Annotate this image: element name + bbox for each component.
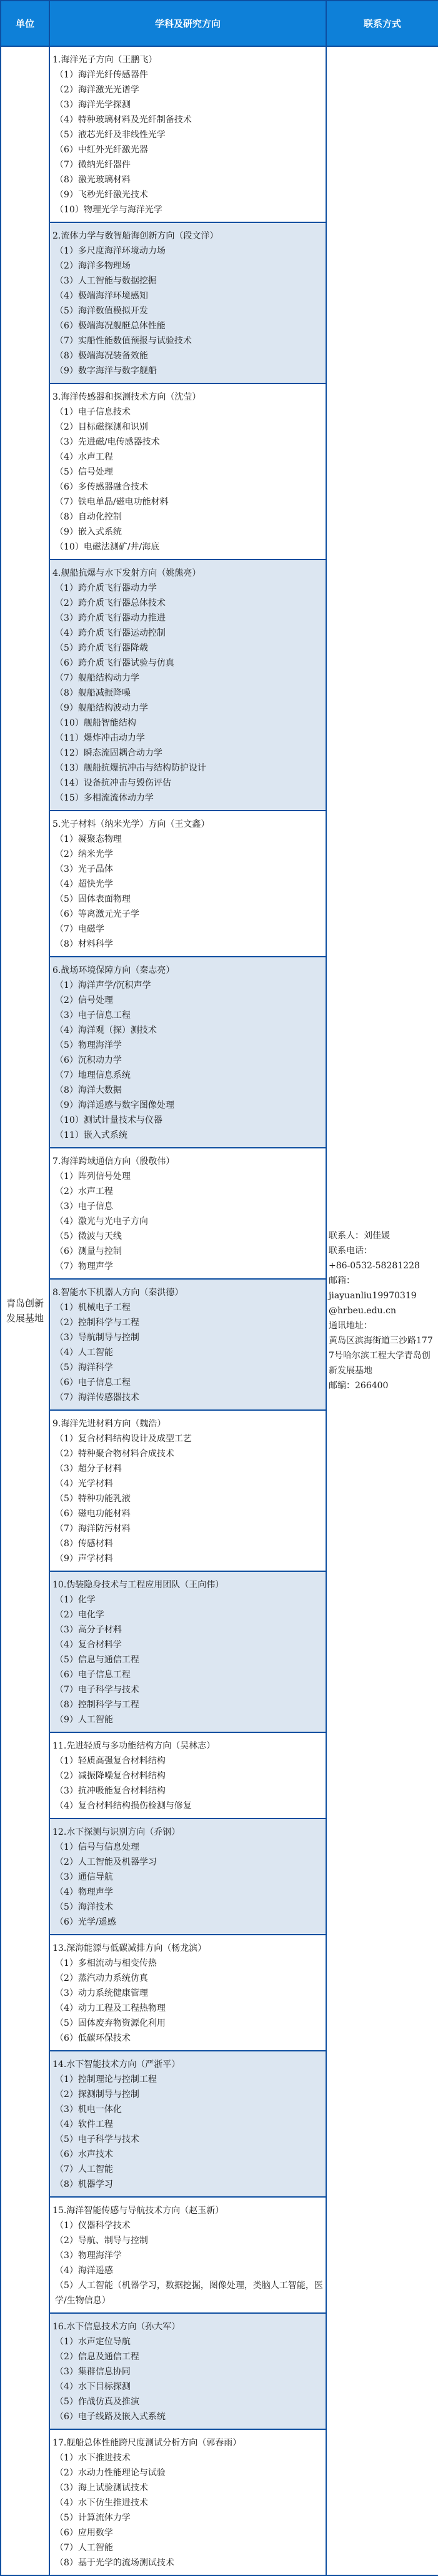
direction-item: （4）跨介质飞行器运动控制 (52, 626, 323, 641)
direction-item: （3）高分子材料 (52, 1622, 323, 1637)
contact-postcode: 邮编：266400 (329, 1378, 436, 1393)
direction-cell: 1.海洋光子方向（王鹏飞）（1）海洋光纤传感器件（2）海洋激光光谱学（3）海洋光… (49, 46, 326, 222)
table-body: 青岛创新发展基地 1.海洋光子方向（王鹏飞）（1）海洋光纤传感器件（2）海洋激光… (1, 46, 438, 2575)
direction-item: （7）人工智能 (52, 2540, 323, 2555)
direction-item: （4）极端海洋环境感知 (52, 289, 323, 303)
direction-item: （1）复合材料结构设计及成型工艺 (52, 1431, 323, 1446)
direction-item: （7）物理声学 (52, 1259, 323, 1274)
direction-item: （6）电子线路及嵌入式系统 (52, 2409, 323, 2424)
contact-email-label: 邮箱： (329, 1273, 436, 1288)
direction-cell: 14.水下智能技术方向（严浙平）（1）控制理论与控制工程（2）探测制导与控制（3… (49, 2051, 326, 2197)
direction-item: （1）跨介质飞行器动力学 (52, 581, 323, 596)
direction-item: （3）海上试验测试技术 (52, 2480, 323, 2495)
direction-cell: 17.舰船总体性能跨尺度测试分析方向（郭春雨）（1）水下推进技术（2）水动力性能… (49, 2429, 326, 2575)
direction-item: （7）电子科学与技术 (52, 1682, 323, 1697)
direction-item: （6）电子信息工程 (52, 1667, 323, 1682)
contact-person: 联系人：刘佳媛 (329, 1228, 436, 1243)
direction-item: （2）蒸汽动力系统仿真 (52, 1971, 323, 1986)
direction-title: 7.海洋跨域通信方向（殷敬伟） (52, 1154, 323, 1169)
direction-item: （6）测量与控制 (52, 1244, 323, 1259)
direction-item: （3）海洋光学探测 (52, 97, 323, 112)
direction-item: （5）信号处理 (52, 465, 323, 480)
direction-item: （7）地理信息系统 (52, 1068, 323, 1083)
direction-item: （5）电子科学与技术 (52, 2132, 323, 2147)
direction-item: （3）动力系统健康管理 (52, 1986, 323, 2001)
direction-title: 10.伪装隐身技术与工程应用团队（王向伟） (52, 1577, 323, 1592)
direction-item: （1）信号与信息处理 (52, 1840, 323, 1855)
direction-item: （6）中红外光纤激光器 (52, 142, 323, 157)
direction-title: 8.智能水下机器人方向（秦洪德） (52, 1285, 323, 1300)
direction-item: （2）跨介质飞行器总体技术 (52, 596, 323, 611)
direction-item: （6）沉积动力学 (52, 1053, 323, 1068)
direction-title: 13.深海能源与低碳减排方向（杨龙滨） (52, 1941, 323, 1956)
direction-item: （4）复合材料学 (52, 1637, 323, 1652)
direction-item: （8）极端海况装备效能 (52, 348, 323, 363)
direction-item: （3）跨介质飞行器动力推进 (52, 611, 323, 626)
direction-item: （7）铁电单晶/磁电功能材料 (52, 495, 323, 510)
direction-item: （6）多传感器融合技术 (52, 480, 323, 495)
direction-item: （4）物理声学 (52, 1885, 323, 1900)
direction-item: （3）电子信息工程 (52, 1008, 323, 1023)
direction-item: （5）特种功能乳液 (52, 1491, 323, 1506)
direction-item: （3）抗冲吸能复合材料结构 (52, 1784, 323, 1799)
direction-item: （2）导航、制导与控制 (52, 2233, 323, 2248)
direction-item: （2）水动力性能理论与试验 (52, 2465, 323, 2480)
direction-item: （9）飞秒光纤激光技术 (52, 187, 323, 202)
direction-cell: 8.智能水下机器人方向（秦洪德）（1）机械电子工程（2）控制科学与工程（3）导航… (49, 1279, 326, 1410)
direction-item: （6）等离激元光子学 (52, 907, 323, 922)
direction-cell: 6.战场环境保障方向（秦志亮）（1）海洋声学/沉积声学（2）信号处理（3）电子信… (49, 957, 326, 1148)
direction-item: （10）电磁法测矿/井/海底 (52, 540, 323, 555)
direction-item: （4）水声工程 (52, 450, 323, 465)
direction-item: （2）人工智能及机器学习 (52, 1855, 323, 1870)
direction-item: （8）材料科学 (52, 937, 323, 952)
direction-cell: 16.水下信息技术方向（孙大军）（1）水声定位导航（2）信息及通信工程（3）集群… (49, 2313, 326, 2429)
direction-item: （3）人工智能与数据挖掘 (52, 274, 323, 289)
direction-title: 16.水下信息技术方向（孙大军） (52, 2319, 323, 2334)
direction-item: （7）人工智能 (52, 2162, 323, 2177)
header-contact: 联系方式 (326, 1, 438, 46)
direction-title: 12.水下探测与识别方向（乔钢） (52, 1825, 323, 1840)
direction-cell: 13.深海能源与低碳减排方向（杨龙滨）（1）多相流动与相变传热（2）蒸汽动力系统… (49, 1935, 326, 2051)
direction-cell: 11.先进轻质与多功能结构方向（吴林志）（1）轻质高强复合材料结构（2）减振降噪… (49, 1732, 326, 1818)
direction-item: （5）固体废弃物资源化利用 (52, 2016, 323, 2031)
direction-item: （3）集群信息协同 (52, 2364, 323, 2379)
direction-item: （4）海洋观（探）测技术 (52, 1023, 323, 1038)
direction-item: （3）光子晶体 (52, 862, 323, 877)
direction-item: （4）复合材料结构损伤检测与修复 (52, 1799, 323, 1814)
direction-cell: 3.海洋传感器和探测技术方向（沈莹）（1）电子信息技术（2）目标磁探测和识别（3… (49, 383, 326, 560)
direction-item: （1）多相流动与相变传热 (52, 1956, 323, 1971)
direction-item: （8）控制科学与工程 (52, 1697, 323, 1712)
direction-item: （1）水下推进技术 (52, 2450, 323, 2465)
direction-item: （3）电子信息 (52, 1199, 323, 1214)
direction-item: （7）海洋防污材料 (52, 1521, 323, 1536)
direction-cell: 5.光子材料（纳米光学）方向（王文鑫）（1）凝聚态物理（2）纳米光学（3）光子晶… (49, 811, 326, 957)
contact-phone[interactable]: +86-0532-58281228 (329, 1258, 436, 1273)
direction-item: （4）超快光学 (52, 877, 323, 892)
direction-item: （4）软件工程 (52, 2117, 323, 2132)
direction-item: （1）化学 (52, 1592, 323, 1607)
direction-item: （8）海洋大数据 (52, 1083, 323, 1098)
direction-item: （5）海洋科学 (52, 1360, 323, 1375)
direction-item: （10）舰船智能结构 (52, 716, 323, 731)
direction-title: 4.舰船抗爆与水下发射方向（姚熊亮） (52, 566, 323, 581)
contact-phone-label: 联系电话： (329, 1243, 436, 1258)
direction-item: （2）目标磁探测和识别 (52, 420, 323, 435)
direction-item: （1）水声定位导航 (52, 2334, 323, 2349)
header-row: 单位 学科及研究方向 联系方式 (1, 1, 438, 46)
direction-cell: 9.海洋先进材料方向（魏浩）（1）复合材料结构设计及成型工艺（2）特种聚合物材料… (49, 1410, 326, 1571)
contact-address-label: 通讯地址： (329, 1318, 436, 1333)
direction-item: （5）海洋技术 (52, 1900, 323, 1915)
contact-email-part1[interactable]: jiayuanliu19970319 (329, 1288, 436, 1303)
direction-item: （6）电子信息工程 (52, 1375, 323, 1390)
direction-item: （11）嵌入式系统 (52, 1128, 323, 1143)
direction-item: （13）舰船抗爆抗冲击与结构防护设计 (52, 761, 323, 776)
direction-item: （9）声学材料 (52, 1551, 323, 1566)
direction-item: （2）纳米光学 (52, 847, 323, 862)
direction-item: （1）凝聚态物理 (52, 832, 323, 847)
direction-item: （2）电化学 (52, 1607, 323, 1622)
direction-title: 1.海洋光子方向（王鹏飞） (52, 52, 323, 67)
direction-item: （6）水声技术 (52, 2147, 323, 2162)
contact-email-part2[interactable]: @hrbeu.edu.cn (329, 1303, 436, 1318)
direction-item: （11）爆炸冲击动力学 (52, 731, 323, 746)
direction-title: 3.海洋传感器和探测技术方向（沈莹） (52, 390, 323, 405)
direction-item: （7）舰船结构动力学 (52, 671, 323, 686)
direction-item: （5）海洋数值模拟开发 (52, 303, 323, 318)
direction-item: （4）激光与光电子方向 (52, 1214, 323, 1229)
direction-item: （8）机器学习 (52, 2177, 323, 2192)
header-unit: 单位 (1, 1, 49, 46)
direction-item: （4）人工智能 (52, 1345, 323, 1360)
direction-row: 青岛创新发展基地 1.海洋光子方向（王鹏飞）（1）海洋光纤传感器件（2）海洋激光… (1, 46, 438, 222)
direction-item: （4）光学材料 (52, 1476, 323, 1491)
direction-item: （12）瞬态流固耦合动力学 (52, 746, 323, 761)
direction-item: （9）人工智能 (52, 1712, 323, 1727)
direction-item: （4）动力工程及工程热物理 (52, 2001, 323, 2016)
direction-item: （3）导航制导与控制 (52, 1330, 323, 1345)
direction-title: 9.海洋先进材料方向（魏浩） (52, 1416, 323, 1431)
direction-item: （3）先进磁/电传感器技术 (52, 435, 323, 450)
direction-item: （2）控制科学与工程 (52, 1315, 323, 1330)
unit-name: 青岛创新发展基地 (1, 46, 49, 2575)
direction-item: （6）极端海况舰艇总体性能 (52, 318, 323, 333)
direction-item: （2）探测制导与控制 (52, 2087, 323, 2102)
direction-item: （14）设备抗冲击与毁伤评估 (52, 776, 323, 791)
direction-item: （1）多尺度海洋环境动力场 (52, 244, 323, 259)
research-directions-table: 单位 学科及研究方向 联系方式 青岛创新发展基地 1.海洋光子方向（王鹏飞）（1… (0, 0, 438, 2576)
direction-item: （10）物理光学与海洋光学 (52, 202, 323, 217)
direction-item: （5）跨介质飞行器降载 (52, 641, 323, 656)
direction-item: （9）数字海洋与数字舰船 (52, 363, 323, 378)
contact-address: 黄岛区滨海街道三沙路1777号哈尔滨工程大学青岛创新发展基地 (329, 1333, 436, 1378)
direction-item: （4）水下仿生推进技术 (52, 2495, 323, 2510)
direction-item: （8）激光玻璃材料 (52, 172, 323, 187)
direction-item: （3）物理海洋学 (52, 2248, 323, 2263)
direction-item: （1）海洋光纤传感器件 (52, 67, 323, 82)
direction-item: （3）超分子材料 (52, 1461, 323, 1476)
direction-item: （7）微纳光纤器件 (52, 157, 323, 172)
direction-item: （5）物理海洋学 (52, 1038, 323, 1053)
direction-title: 2.流体力学与数智船海创新方向（段文洋） (52, 229, 323, 244)
direction-item: （3）通信导航 (52, 1870, 323, 1885)
direction-item: （6）磁电功能材料 (52, 1506, 323, 1521)
direction-item: （7）实船性能数值预报与试验技术 (52, 333, 323, 348)
direction-title: 6.战场环境保障方向（秦志亮） (52, 963, 323, 978)
direction-cell: 4.舰船抗爆与水下发射方向（姚熊亮）（1）跨介质飞行器动力学（2）跨介质飞行器总… (49, 560, 326, 811)
direction-item: （4）特种玻璃材料及光纤制备技术 (52, 112, 323, 127)
direction-item: （2）水声工程 (52, 1184, 323, 1199)
direction-item: （7）海洋传感器技术 (52, 1390, 323, 1405)
direction-item: （9）海洋遥感与数字图像处理 (52, 1098, 323, 1113)
direction-item: （4）水下目标探测 (52, 2379, 323, 2394)
direction-item: （6）跨介质飞行器试验与仿真 (52, 656, 323, 671)
header-direction: 学科及研究方向 (49, 1, 326, 46)
direction-item: （6）应用数学 (52, 2525, 323, 2540)
direction-item: （1）阵列信号处理 (52, 1169, 323, 1184)
direction-item: （3）机电一体化 (52, 2102, 323, 2117)
direction-title: 14.水下智能技术方向（严浙平） (52, 2057, 323, 2072)
direction-item: （1）海洋声学/沉积声学 (52, 978, 323, 993)
direction-item: （1）轻质高强复合材料结构 (52, 1754, 323, 1769)
direction-item: （8）自动化控制 (52, 510, 323, 525)
direction-item: （1）机械电子工程 (52, 1300, 323, 1315)
contact-cell: 联系人：刘佳媛 联系电话： +86-0532-58281228 邮箱： jiay… (326, 46, 438, 2575)
direction-item: （5）液芯光纤及非线性光学 (52, 127, 323, 142)
direction-item: （2）特种聚合物材料合成技术 (52, 1446, 323, 1461)
direction-item: （8）舰船减振降噪 (52, 686, 323, 701)
direction-item: （5）信息与通信工程 (52, 1652, 323, 1667)
direction-item: （10）测试计量技术与仪器 (52, 1113, 323, 1128)
direction-item: （2）海洋多物理场 (52, 259, 323, 274)
direction-item: （1）电子信息技术 (52, 405, 323, 420)
direction-cell: 2.流体力学与数智船海创新方向（段文洋）（1）多尺度海洋环境动力场（2）海洋多物… (49, 222, 326, 383)
direction-item: （1）仪器科学技术 (52, 2218, 323, 2233)
direction-item: （7）电磁学 (52, 922, 323, 937)
direction-item: （5）人工智能（机器学习，数据挖掘，图像处理，类脑人工智能，医学/生物信息） (52, 2278, 323, 2308)
direction-item: （5）作战仿真及推演 (52, 2394, 323, 2409)
direction-title: 15.海洋智能传感与导航技术方向（赵玉新） (52, 2203, 323, 2218)
direction-item: （8）传感材料 (52, 1536, 323, 1551)
direction-item: （8）基于光学的流场测试技术 (52, 2555, 323, 2570)
direction-item: （2）信号处理 (52, 993, 323, 1008)
direction-cell: 15.海洋智能传感与导航技术方向（赵玉新）（1）仪器科学技术（2）导航、制导与控… (49, 2197, 326, 2313)
direction-item: （5）计算流体力学 (52, 2510, 323, 2525)
direction-item: （5）微波与天线 (52, 1229, 323, 1244)
direction-title: 5.光子材料（纳米光学）方向（王文鑫） (52, 817, 323, 832)
direction-item: （6）光学/遥感 (52, 1915, 323, 1930)
direction-item: （2）海洋激光光谱学 (52, 82, 323, 97)
direction-item: （5）固体表面物理 (52, 892, 323, 907)
direction-item: （9）舰船结构波动力学 (52, 701, 323, 716)
direction-title: 11.先进轻质与多功能结构方向（吴林志） (52, 1739, 323, 1754)
direction-title: 17.舰船总体性能跨尺度测试分析方向（郭春雨） (52, 2435, 323, 2450)
direction-item: （6）低碳环保技术 (52, 2031, 323, 2046)
direction-cell: 10.伪装隐身技术与工程应用团队（王向伟）（1）化学（2）电化学（3）高分子材料… (49, 1571, 326, 1732)
direction-item: （1）控制理论与控制工程 (52, 2072, 323, 2087)
direction-item: （2）信息及通信工程 (52, 2349, 323, 2364)
direction-item: （2）减振降噪复合材料结构 (52, 1769, 323, 1784)
direction-cell: 7.海洋跨域通信方向（殷敬伟）（1）阵列信号处理（2）水声工程（3）电子信息（4… (49, 1148, 326, 1279)
direction-item: （9）嵌入式系统 (52, 525, 323, 540)
direction-cell: 12.水下探测与识别方向（乔钢）（1）信号与信息处理（2）人工智能及机器学习（3… (49, 1818, 326, 1935)
direction-item: （15）多相流流体动力学 (52, 791, 323, 806)
direction-item: （4）海洋遥感 (52, 2263, 323, 2278)
